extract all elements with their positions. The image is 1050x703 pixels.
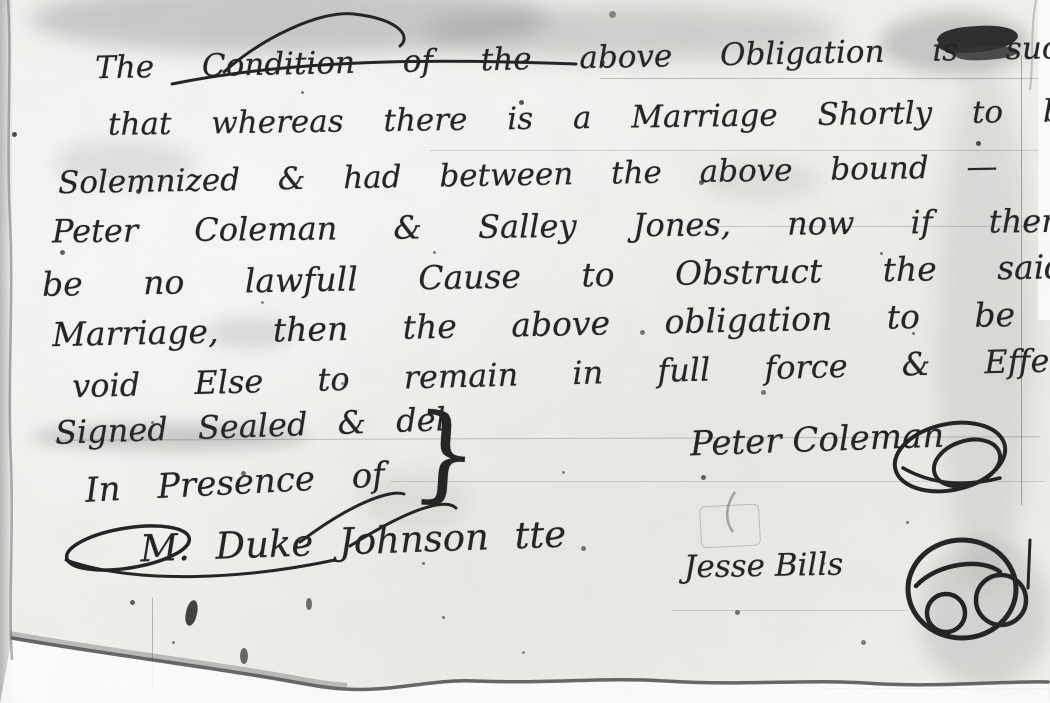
handwritten-line-6: Marriage, then the above obligation to b… <box>52 295 1016 354</box>
ruled-line <box>672 610 907 611</box>
ink-blot <box>240 648 248 664</box>
closing-brace: } <box>408 390 483 516</box>
torn-bottom-edge <box>0 638 1050 703</box>
ink-blot <box>183 599 199 627</box>
signature-peter-coleman: Peter Coleman <box>689 416 944 465</box>
stray-mark <box>727 492 735 532</box>
ruled-line <box>600 78 1045 79</box>
attestation-line: Signed Sealed & del <box>54 400 446 452</box>
handwritten-line-4: Peter Coleman & Salley Jones, now if the… <box>52 202 1050 251</box>
presence-line: In Presence of <box>84 455 386 511</box>
ruled-line <box>820 688 1048 689</box>
ruled-line <box>390 481 1045 482</box>
fold-crease <box>152 598 153 690</box>
handwritten-line-5: be no lawfull Cause to Obstruct the said <box>42 247 1050 304</box>
ink-blot <box>306 598 312 610</box>
seal-scribble-jesse <box>908 540 1030 638</box>
signature-witness: M. Duke Johnson tte <box>139 513 566 571</box>
handwritten-line-1: The Condition of the above Obligation is… <box>95 30 1050 87</box>
signature-jesse-bills: Jesse Bills <box>684 547 844 586</box>
document-scan: The Condition of the above Obligation is… <box>0 0 1050 703</box>
torn-bottom-edge-line <box>12 638 1048 689</box>
pencil-doodle <box>699 503 761 548</box>
handwritten-line-2: that whereas there is a Marriage Shortly… <box>108 93 1050 143</box>
handwritten-line-3: Solemnized & had between the above bound… <box>58 149 998 201</box>
stain <box>920 540 1050 690</box>
torn-left-edge <box>0 0 12 703</box>
torn-edge-shadow <box>12 634 345 685</box>
